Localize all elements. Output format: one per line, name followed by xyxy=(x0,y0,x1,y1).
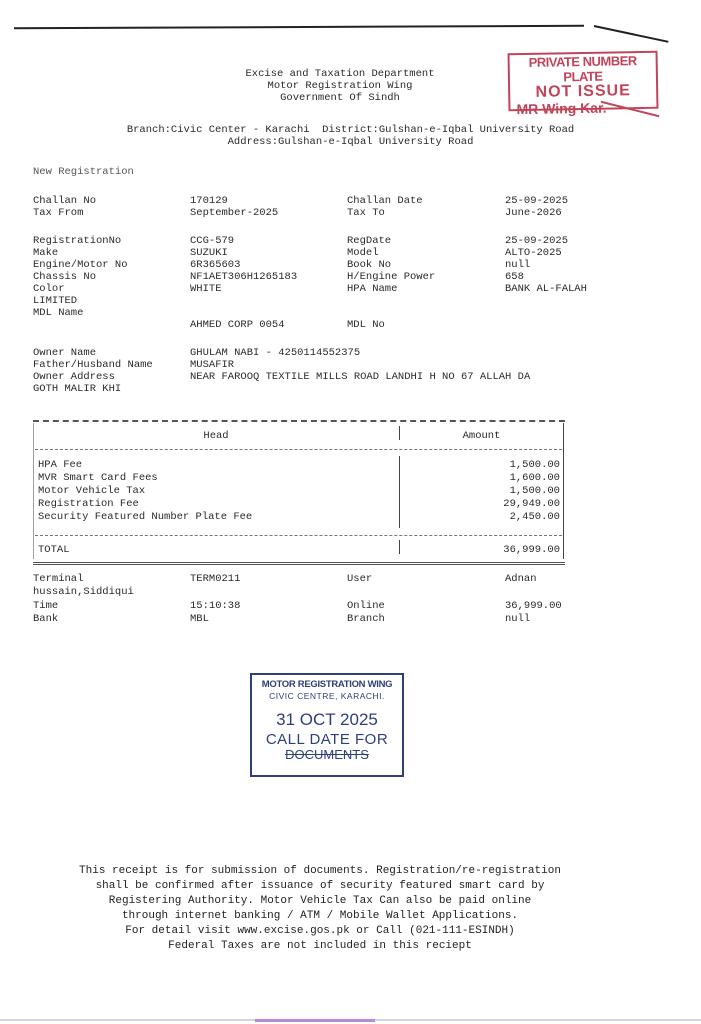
footer-line: For detail visit www.excise.gos.pk or Ca… xyxy=(40,924,600,939)
fee-row-amount: 2,450.00 xyxy=(400,511,560,523)
color: WHITE xyxy=(190,283,222,295)
footer-line: shall be confirmed after issuance of sec… xyxy=(40,879,600,894)
branch-address: Address:Gulshan-e-Iqbal University Road xyxy=(0,136,701,148)
online-label: Online xyxy=(347,600,385,612)
receipt-disclaimer: This receipt is for submission of docume… xyxy=(40,864,600,954)
engine-power-label: H/Engine Power xyxy=(347,271,435,283)
bank: MBL xyxy=(190,613,209,625)
footer-line: Registering Authority. Motor Vehicle Tax… xyxy=(40,894,600,909)
registration-no-label: RegistrationNo xyxy=(33,235,121,247)
book-no: null xyxy=(505,259,530,271)
stamp-bottom-line2: CIVIC CENTRE, KARACHI. xyxy=(252,691,402,702)
user-label: User xyxy=(347,573,372,585)
fee-row-amount: 1,600.00 xyxy=(400,472,560,484)
color-label: Color xyxy=(33,283,65,295)
total-label: TOTAL xyxy=(38,544,70,556)
book-no-label: Book No xyxy=(347,259,391,271)
hpa-name-cont: LIMITED xyxy=(33,295,77,307)
fee-row-head: MVR Smart Card Fees xyxy=(38,472,158,484)
challan-date-label: Challan Date xyxy=(347,195,423,207)
terminal: TERM0211 xyxy=(190,573,240,585)
fee-row-amount: 29,949.00 xyxy=(400,498,560,510)
registration-no: CCG-579 xyxy=(190,235,234,247)
private-plate-stamp: PRIVATE NUMBER PLATE NOT ISSUE MR Wing K… xyxy=(508,51,659,112)
reg-date: 25-09-2025 xyxy=(505,235,568,247)
stamp-bottom-line1: MOTOR REGISTRATION WING xyxy=(252,679,402,691)
online-amount: 36,999.00 xyxy=(505,600,562,612)
total-separator xyxy=(35,535,562,536)
engine-no: 6R365603 xyxy=(190,259,240,271)
branch-line: Branch:Civic Center - Karachi District:G… xyxy=(0,124,701,136)
owner-address-cont: GOTH MALIR KHI xyxy=(33,383,121,395)
make-label: Make xyxy=(33,247,58,259)
table-left-border xyxy=(33,423,34,559)
top-pen-line-end xyxy=(594,25,669,43)
tax-to: June-2026 xyxy=(505,207,562,219)
footer-line: Federal Taxes are not included in this r… xyxy=(40,939,600,954)
make: SUZUKI xyxy=(190,247,228,259)
fee-row-head: Security Featured Number Plate Fee xyxy=(38,511,252,523)
footer-line: through internet banking / ATM / Mobile … xyxy=(40,909,600,924)
engine-label: Engine/Motor No xyxy=(33,259,128,271)
owner-address-label: Owner Address xyxy=(33,371,115,383)
total-amount: 36,999.00 xyxy=(400,544,560,556)
time-label: Time xyxy=(33,600,58,612)
challan-no: 170129 xyxy=(190,195,228,207)
fee-row-head: Registration Fee xyxy=(38,498,139,510)
challan-date: 25-09-2025 xyxy=(505,195,568,207)
top-pen-line xyxy=(14,25,584,29)
call-date-stamp: MOTOR REGISTRATION WING CIVIC CENTRE, KA… xyxy=(250,673,404,777)
amount-column-header: Amount xyxy=(400,430,563,442)
footer-line: This receipt is for submission of docume… xyxy=(40,864,600,879)
model-label: Model xyxy=(347,247,379,259)
stamp-bottom-line4: CALL DATE FOR xyxy=(252,732,402,748)
fee-row-head: HPA Fee xyxy=(38,459,82,471)
owner-address: NEAR FAROOQ TEXTILE MILLS ROAD LANDHI H … xyxy=(190,371,530,383)
department-title: Excise and Taxation Department xyxy=(170,68,510,80)
time: 15:10:38 xyxy=(190,600,240,612)
user: Adnan xyxy=(505,573,537,585)
document-header: Excise and Taxation Department Motor Reg… xyxy=(170,68,510,104)
model: ALTO-2025 xyxy=(505,247,562,259)
mdl-name-label: MDL Name xyxy=(33,307,83,319)
owner-name: GHULAM NABI - 4250114552375 xyxy=(190,347,360,359)
wing-title: Motor Registration Wing xyxy=(170,80,510,92)
stamp-bottom-date: 31 OCT 2025 xyxy=(252,708,402,732)
stamp-top-line1: PRIVATE NUMBER PLATE xyxy=(510,53,657,86)
hpa-name: BANK AL-FALAH xyxy=(505,283,587,295)
table-right-border xyxy=(563,423,564,559)
stamp-top-line3: MR Wing Kar. xyxy=(510,99,656,118)
user-cont: hussain,Siddiqui xyxy=(33,586,134,598)
tax-from-label: Tax From xyxy=(33,207,83,219)
table-top-border xyxy=(33,420,565,422)
page-bottom-mark xyxy=(255,1019,375,1022)
owner-name-label: Owner Name xyxy=(33,347,96,359)
registration-type: New Registration xyxy=(33,166,134,178)
government-title: Government Of Sindh xyxy=(170,92,510,104)
mdl-no-label: MDL No xyxy=(347,319,385,331)
fee-row-amount: 1,500.00 xyxy=(400,485,560,497)
stamp-bottom-line5: DOCUMENTS xyxy=(252,748,402,761)
bank-label: Bank xyxy=(33,613,58,625)
challan-no-label: Challan No xyxy=(33,195,96,207)
father-name-label: Father/Husband Name xyxy=(33,359,153,371)
tax-from: September-2025 xyxy=(190,207,278,219)
fee-row-head: Motor Vehicle Tax xyxy=(38,485,145,497)
hpa-name-label: HPA Name xyxy=(347,283,397,295)
fee-row-amount: 1,500.00 xyxy=(400,459,560,471)
branch-value: null xyxy=(505,613,530,625)
branch-label: Branch xyxy=(347,613,385,625)
chassis-no: NF1AET306H1265183 xyxy=(190,271,297,283)
reg-date-label: RegDate xyxy=(347,235,391,247)
head-column-header: Head xyxy=(33,430,399,442)
engine-power: 658 xyxy=(505,271,524,283)
mdl-name: AHMED CORP 0054 xyxy=(190,319,285,331)
father-name: MUSAFIR xyxy=(190,359,234,371)
terminal-label: Terminal xyxy=(33,573,83,585)
table-bottom-border xyxy=(33,562,565,565)
tax-to-label: Tax To xyxy=(347,207,385,219)
header-separator xyxy=(35,449,562,450)
chassis-label: Chassis No xyxy=(33,271,96,283)
